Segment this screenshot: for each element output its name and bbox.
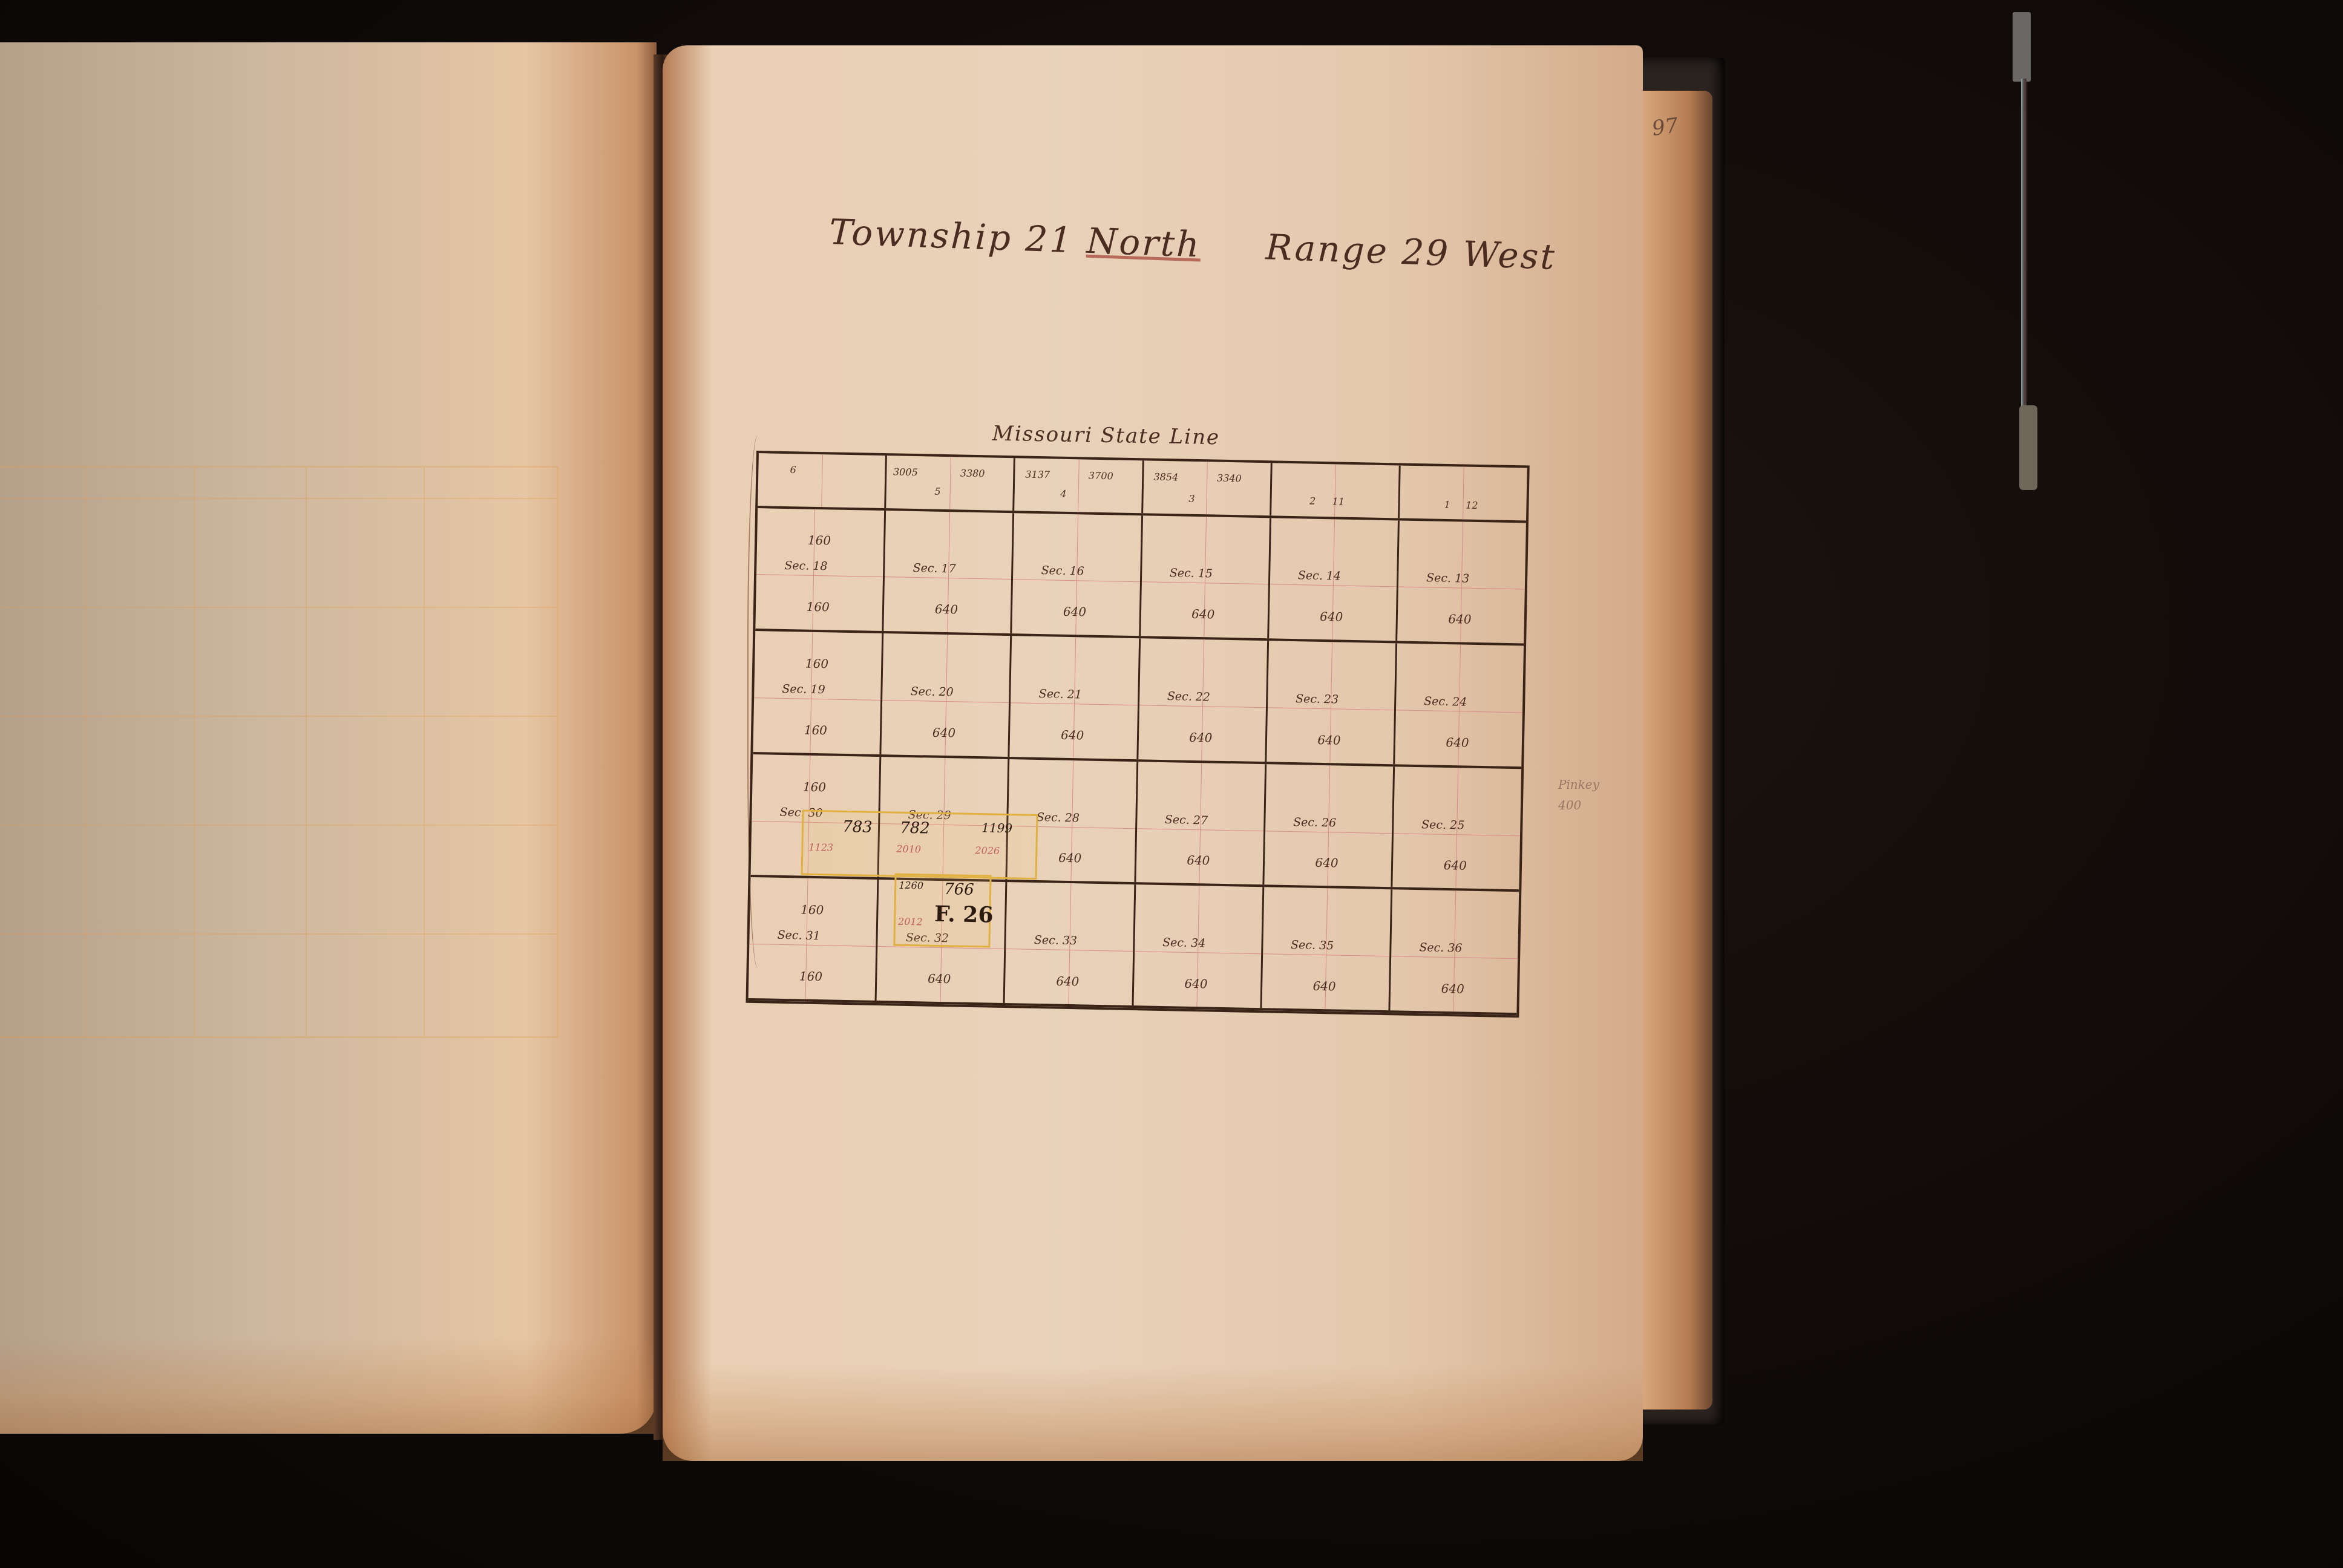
section-2: 2 11 [1271, 463, 1401, 518]
section-18: 160 Sec. 18 160 [755, 508, 886, 632]
section-33: Sec. 33 640 [1005, 882, 1136, 1005]
section-4: 3137 4 3700 [1015, 458, 1144, 513]
township-label: Township 21 [828, 211, 1074, 261]
water-stain [0, 1337, 657, 1434]
section-36: Sec. 36 640 [1390, 890, 1519, 1013]
entry-note-2010: 2010 [896, 843, 921, 855]
entry-1199: 1199 [981, 820, 1012, 835]
entry-note-2026: 2026 [975, 844, 1000, 857]
section-15: Sec. 15 640 [1141, 515, 1271, 639]
water-stain [663, 1364, 1643, 1461]
section-34: Sec. 34 640 [1133, 885, 1264, 1008]
entry-note-1123: 1123 [808, 841, 833, 854]
plat-row: 160 Sec. 19 160 Sec. 20 640 Sec. 21 640 … [753, 631, 1524, 769]
section-3: 3854 3 3340 [1143, 460, 1273, 515]
section-17: Sec. 17 640 [883, 511, 1014, 634]
plat-row: 160 Sec. 31 160 Sec. 32 640 Sec. 33 640 … [749, 877, 1519, 1015]
page-number: 97 [1650, 113, 1679, 141]
section-20: Sec. 20 640 [882, 633, 1012, 757]
section-14: Sec. 14 640 [1269, 518, 1400, 641]
section-19: 160 Sec. 19 160 [753, 631, 883, 754]
section-24: Sec. 24 640 [1395, 644, 1524, 767]
township-direction: North [1086, 220, 1201, 266]
entry-1260: 1260 [899, 880, 923, 892]
section-31: 160 Sec. 31 160 [749, 877, 879, 1001]
section-16: Sec. 16 640 [1012, 513, 1143, 636]
section-6: 6 [758, 453, 887, 508]
section-26: Sec. 26 640 [1264, 764, 1395, 887]
section-5: 3005 5 3380 [886, 456, 1015, 511]
section-23: Sec. 23 640 [1267, 641, 1397, 764]
township-plat-grid: 6 3005 5 3380 3137 4 3700 3854 3 3340 2 … [745, 451, 1529, 1018]
entry-766: 766 [944, 880, 974, 899]
section-21: Sec. 21 640 [1010, 636, 1141, 759]
state-line-label: Missouri State Line [992, 422, 1221, 450]
section-13: Sec. 13 640 [1397, 520, 1526, 644]
left-page [0, 42, 657, 1434]
spatula-tool [2010, 12, 2038, 478]
entry-f26: F. 26 [934, 901, 994, 928]
section-1: 1 12 [1400, 465, 1527, 520]
margin-pencil-note: Pinkey 400 [1558, 774, 1599, 815]
left-page-faint-grid [0, 466, 559, 1038]
entry-note-2012: 2012 [898, 916, 923, 928]
entry-783: 783 [842, 818, 873, 837]
entry-782: 782 [900, 819, 930, 838]
section-27: Sec. 27 640 [1136, 762, 1267, 885]
section-35: Sec. 35 640 [1262, 887, 1392, 1011]
section-22: Sec. 22 640 [1138, 638, 1269, 762]
plat-row: 160 Sec. 18 160 Sec. 17 640 Sec. 16 640 … [755, 508, 1526, 646]
section-25: Sec. 25 640 [1392, 766, 1521, 890]
